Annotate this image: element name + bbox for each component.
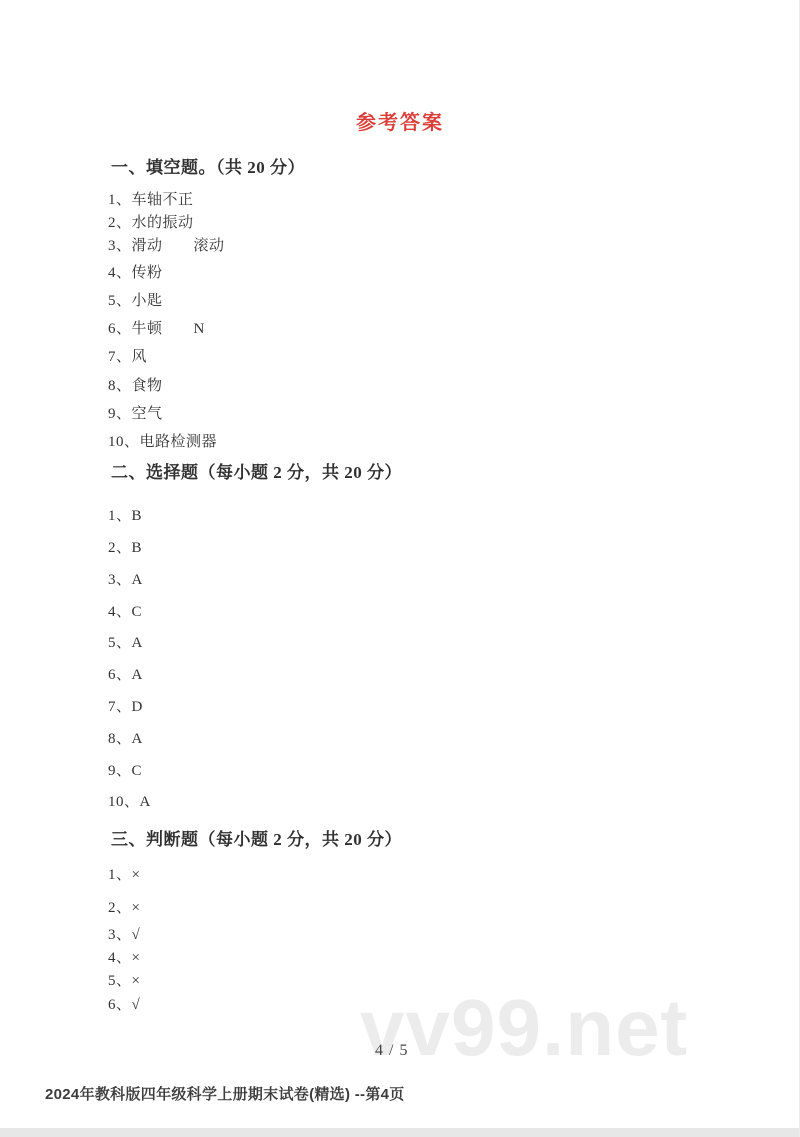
answer-line: 2、B <box>108 536 142 557</box>
answer-line: 10、A <box>108 790 151 811</box>
answer-line: 8、食物 <box>108 374 163 395</box>
answer-line: 9、空气 <box>108 402 163 423</box>
document-page: 参考答案 一、填空题。（共 20 分） 1、车轴不正 2、水的振动 3、滑动 滚… <box>0 0 800 1137</box>
bottom-scroll-edge <box>0 1128 800 1137</box>
answer-line: 6、A <box>108 663 143 684</box>
section-heading-true-false: 三、判断题（每小题 2 分，共 20 分） <box>111 825 402 850</box>
watermark: vv99.net <box>360 988 688 1068</box>
section-heading-fill-in: 一、填空题。（共 20 分） <box>111 153 305 178</box>
section-heading-multiple-choice: 二、选择题（每小题 2 分，共 20 分） <box>111 458 402 483</box>
answer-line: 1、× <box>108 863 140 884</box>
answer-line: 10、电路检测器 <box>108 430 217 451</box>
answer-line: 2、水的振动 <box>108 211 194 232</box>
answer-line: 7、D <box>108 695 143 716</box>
answer-line: 1、车轴不正 <box>108 188 194 209</box>
answer-line: 5、A <box>108 631 143 652</box>
answer-line: 6、√ <box>108 993 140 1014</box>
answer-line: 6、牛顿 N <box>108 317 205 338</box>
answer-line: 3、A <box>108 568 143 589</box>
page-number: 4 / 5 <box>375 1042 408 1060</box>
answer-line: 9、C <box>108 759 142 780</box>
answer-line: 8、A <box>108 727 143 748</box>
answer-line: 5、× <box>108 969 140 990</box>
answer-line: 4、× <box>108 946 140 967</box>
answer-line: 4、传粉 <box>108 261 163 282</box>
answer-line: 1、B <box>108 504 142 525</box>
answer-line: 7、风 <box>108 345 147 366</box>
page-title: 参考答案 <box>0 106 800 135</box>
answer-line: 3、滑动 滚动 <box>108 234 225 255</box>
answer-line: 2、× <box>108 896 140 917</box>
answer-line: 5、小匙 <box>108 289 163 310</box>
document-footer: 2024年教科版四年级科学上册期末试卷(精选) --第4页 <box>45 1083 405 1104</box>
answer-line: 4、C <box>108 600 142 621</box>
answer-line: 3、√ <box>108 923 140 944</box>
